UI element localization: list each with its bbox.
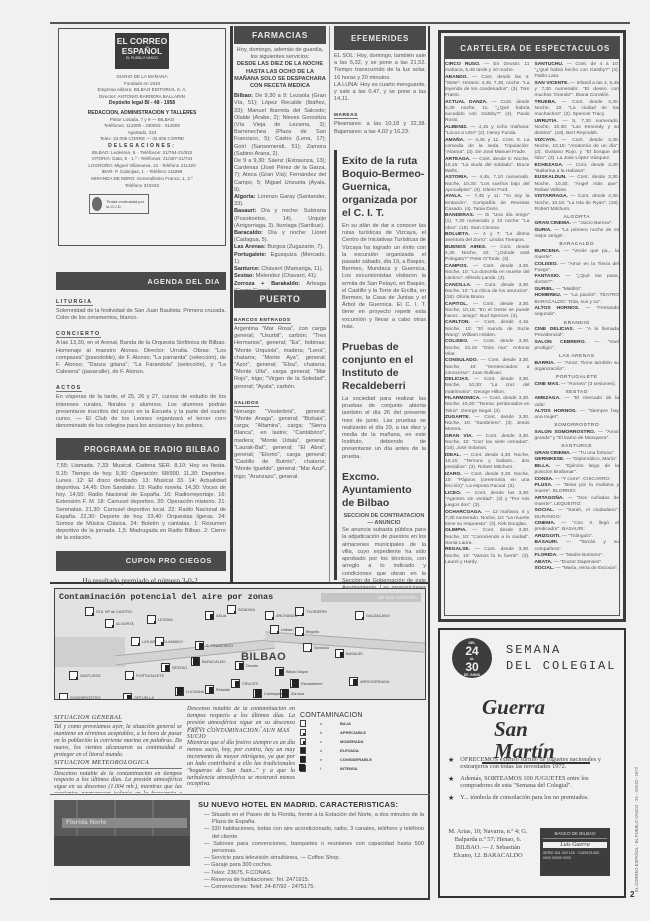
top-rule xyxy=(50,22,630,24)
hotel-feature: — Servicio para televisión simultánea, —… xyxy=(198,855,424,862)
weather-head: PREVI CONTAMINACION: AUN MAS SUCIO xyxy=(187,728,295,740)
agenda-text: En vísperas de la tarde, el 25, 26 y 27,… xyxy=(56,394,226,430)
level-square-icon xyxy=(349,677,358,686)
map-title: Contaminación potencial del aire por zon… xyxy=(59,592,273,602)
delegation: BILBAO: Ledesma, 8. - Teléfonos: 21/764-… xyxy=(59,150,225,157)
level-square-icon xyxy=(195,641,204,650)
ad-title: SEMANA DEL COLEGIAL xyxy=(506,642,616,674)
article-headline: Exito de la ruta Boquio-Bermeo-Guernica,… xyxy=(342,155,426,220)
station-marker: Bilbao Mayor xyxy=(275,667,308,676)
legend-title: CONTAMINACION xyxy=(300,712,420,719)
station-marker: TXORIERRI xyxy=(295,607,327,616)
article-body: En su afán de dar a conocer las rutas tu… xyxy=(342,223,426,331)
company: Empresa editora: BILBAO EDITORIAL S. A. xyxy=(59,87,225,94)
newspaper-page: EL CORREO ESPAÑOL EL PUEBLO VASCO DIARIO… xyxy=(50,22,630,902)
level-square-icon xyxy=(59,693,68,700)
telex: Telex: 32.006 CORRE — 32.005 CORRE xyxy=(59,136,225,143)
hotel-sign: Florida Norte xyxy=(62,818,187,828)
legend-row: aBAJA xyxy=(300,719,420,728)
hotel-ad: SU NUEVO HOTEL EN MADRID. CARACTERISTICA… xyxy=(198,800,424,891)
efemerides-sol: EL SOL: Hoy, domingo, también sale a las… xyxy=(334,53,426,82)
station-marker: LEJONA xyxy=(147,615,173,624)
map-tag: DE SUS CONTROL xyxy=(321,593,421,602)
date-badge: DEL 24 AL 30 DE JUNIO xyxy=(452,638,492,678)
level-square-icon xyxy=(175,687,184,696)
star-icon: ★ xyxy=(448,756,454,771)
farmacias-intro: Hoy, domingo, además de guardia, los sig… xyxy=(234,47,326,61)
brand-logo: Guerra San Martín xyxy=(482,696,590,764)
agenda-subhead: LITURGIA xyxy=(56,299,93,306)
station-marker: LAMIAKO xyxy=(155,637,183,646)
agenda-text: Solemnidad de la festividad de San Juan … xyxy=(56,308,226,322)
hotel-feature: — Reserva de habitaciones: Tel. 2471915. xyxy=(198,877,424,884)
level-square-icon xyxy=(303,643,312,652)
station-marker: ARCHANDA xyxy=(265,611,297,620)
level-square-icon xyxy=(253,689,262,698)
station-marker: PORTUGALETE xyxy=(125,671,164,680)
hotel-feature: — Salones para convenciones, banquetes o… xyxy=(198,841,424,855)
delegation: LOGROÑO: Miguel Villanueva, 12 - Teléfon… xyxy=(59,163,225,170)
apartado: Apartado, 324 xyxy=(59,130,225,137)
store-address: M. Arias, 10; Navarra, n.º 4; G. Balpard… xyxy=(448,828,528,860)
level-square-icon xyxy=(335,649,344,658)
mareas-text: Pleamares: a las 10,18 y 22,38. Bajamare… xyxy=(334,121,426,135)
level-square-icon xyxy=(123,693,132,700)
station-marker: ARRIGORRIAGA xyxy=(349,677,390,686)
article-body: La sociedad para realizar las pruebas de… xyxy=(342,396,426,461)
level-square-icon xyxy=(300,765,306,772)
weather-left: SITUACION GENERAL Tal y como preveíamos … xyxy=(54,706,182,793)
level-square-icon xyxy=(85,607,94,616)
legend-row: bAPRECIABLE xyxy=(300,728,420,737)
station-marker: SESTAO xyxy=(161,663,187,672)
weather-text: Descenso notable de la contaminación en … xyxy=(54,771,182,793)
level-square-icon xyxy=(295,607,304,616)
radio-text: 7,55: Llamada. 7,33: Musical. Cadena SER… xyxy=(56,463,226,542)
agenda-title: AGENDA DEL DIA xyxy=(56,272,226,290)
level-square-icon xyxy=(235,661,244,670)
ad-offer-item: ★Y... tómbola de consolación para los no… xyxy=(448,794,620,802)
cupon-title: CUPON PRO CIEGOS xyxy=(56,551,226,571)
legend-row: cMODERADA xyxy=(300,737,420,746)
level-square-icon xyxy=(290,679,299,688)
legend-row: dELEVADA xyxy=(300,746,420,755)
star-icon: ★ xyxy=(448,794,454,802)
station-marker: ORTUELLA xyxy=(123,693,154,700)
level-square-icon xyxy=(227,605,236,614)
ojd-badge: Tirada controlada por la O.J.D. xyxy=(89,194,149,214)
ad-offer-item: ★OFRECEMOS extenso surtido de juguetes n… xyxy=(448,756,620,771)
station-marker: STA. Mª de CASTRO xyxy=(85,607,132,616)
hotel-feature: — 330 habitaciones, todas con aire acond… xyxy=(198,826,424,840)
station-marker: SANTURCE xyxy=(69,671,101,680)
puerto-section: PUERTO BARCOS ENTRADOS Argentina "Mar Ro… xyxy=(234,290,326,481)
level-square-icon xyxy=(205,611,214,620)
farmacias-title: FARMACIAS xyxy=(234,26,326,44)
ad-offers: ★OFRECEMOS extenso surtido de juguetes n… xyxy=(448,756,620,806)
article-subhead: SECCION DE CONTRATACION — ANUNCIO xyxy=(342,513,426,527)
ad-offer-item: ★Además, SORTEAMOS 100 JUGUETES entre lo… xyxy=(448,775,620,790)
efemerides-title: EFEMERIDES xyxy=(334,26,426,50)
puerto-subhead: SALIDOS xyxy=(234,401,259,407)
legal-deposit: Depósito legal BI - 48 - 1958 xyxy=(59,100,225,107)
star-icon: ★ xyxy=(448,775,454,790)
cupon-result: Ha resultado premiado el número 3-0-2. xyxy=(56,576,226,585)
column-rule xyxy=(428,26,430,898)
level-square-icon xyxy=(205,685,214,694)
level-square-icon xyxy=(300,747,306,754)
masthead: EL CORREO ESPAÑOL EL PUEBLO VASCO DIARIO… xyxy=(58,28,226,246)
hotel-feature: — Convenciones: Telef. 24-87/92 - 247517… xyxy=(198,884,424,891)
founded: Fundado en 1910 xyxy=(59,81,225,88)
level-square-icon xyxy=(300,756,306,763)
pollution-legend: CONTAMINACION aBAJAbAPRECIABLEcMODERADAd… xyxy=(300,712,420,773)
puerto-subhead: BARCOS ENTRADOS xyxy=(234,318,291,324)
weather-text: Tal y como preveíamos ayer, la situación… xyxy=(54,724,182,759)
seal-icon xyxy=(92,197,102,211)
agenda-subhead: ACTOS xyxy=(56,385,82,392)
bank-card: BANCO DE BILBAO Luis Guerra SERIE 841 00… xyxy=(540,828,610,876)
page-number: 2 xyxy=(630,890,634,899)
section-header: REDACCION, ADMINISTRACION Y TALLERES xyxy=(59,110,225,117)
level-square-icon xyxy=(231,679,240,688)
station-marker: Santutxu xyxy=(303,643,329,652)
level-square-icon xyxy=(125,671,134,680)
weather-text-cont: Descenso notable de la contaminación en … xyxy=(187,706,295,728)
article-headline: Pruebas de conjunto en el Instituto de R… xyxy=(342,341,426,393)
address: Pintor Losada, 7 y 9 — BILBAO xyxy=(59,117,225,124)
cartelera-box: CARTELERA DE ESPECTACULOS CIRCO RUSO. — … xyxy=(438,30,626,622)
station-marker: S. FRANCISCO xyxy=(195,641,233,650)
weather-head: SITUACION GENERAL xyxy=(54,714,122,722)
hotel-feature: — Garaje para 300 coches. xyxy=(198,862,424,869)
legend-row: eCONSIDERABLE xyxy=(300,755,420,764)
article-headline: Excmo. Ayuntamiento de Bilbao xyxy=(342,471,426,510)
delegation: Teléfono 310343 xyxy=(59,183,225,190)
hotel-feature: — Situado en el Paseo de la Florida, fre… xyxy=(198,812,424,826)
articles-box: Exito de la ruta Boquio-Bermeo-Guernica,… xyxy=(334,150,426,580)
weather-text: Mientras que el día festivo siempre es u… xyxy=(187,740,295,788)
station-marker: Begoña xyxy=(295,627,319,636)
level-square-icon xyxy=(69,671,78,680)
bottom-rule xyxy=(50,898,430,900)
level-square-icon xyxy=(147,615,156,624)
station-marker: Zorroza xyxy=(280,689,304,698)
delegations-header: DELEGACIONES: xyxy=(59,143,225,150)
station-marker: SOMORROSTRO xyxy=(59,693,101,700)
level-square-icon xyxy=(300,720,306,727)
farmacias-notice: DESDE LAS DIEZ DE LA NOCHE HASTA LAS OCH… xyxy=(234,61,326,90)
phones: Teléfonos: 112000 - 330003 - 314000 xyxy=(59,123,225,130)
column-rule xyxy=(329,26,330,582)
station-marker: BARACALDO xyxy=(191,657,225,666)
sea-area xyxy=(55,637,125,667)
level-square-icon xyxy=(270,625,279,634)
legend-row: fINTENSA xyxy=(300,764,420,773)
level-square-icon xyxy=(300,729,306,736)
subtitle: DIARIO DE LA MAÑANA xyxy=(59,74,225,81)
delegation: VITORIA: Dato, 5 - 1.º - Teléfonos: 21/4… xyxy=(59,156,225,163)
station-marker: Recaldeberri xyxy=(290,679,323,688)
station-marker: ASUA xyxy=(205,611,226,620)
agenda-text: A las 13,30, en el Arenal, Banda de la O… xyxy=(56,340,226,376)
delegation: MIRANDA DE EBRO: Generalísimo Franco, 1,… xyxy=(59,176,225,183)
station-marker: CRUCES xyxy=(231,679,258,688)
director: Director: ANTONIO BARRERA BALLARIN xyxy=(59,94,225,101)
puerto-title: PUERTO xyxy=(234,290,326,308)
farmacias-section: FARMACIAS Hoy, domingo, además de guardi… xyxy=(234,26,326,295)
level-square-icon xyxy=(105,619,114,628)
station-marker: LUCHANA xyxy=(175,687,204,696)
efemerides-section: EFEMERIDES EL SOL: Hoy, domingo, también… xyxy=(334,26,426,136)
station-marker: SONDIKA xyxy=(227,605,255,614)
delegation: IBAR: P. Calonjias, 1. - Teléfono 111896 xyxy=(59,169,225,176)
level-square-icon xyxy=(155,637,164,646)
level-square-icon xyxy=(265,611,274,620)
hotel-ad-title: SU NUEVO HOTEL EN MADRID. CARACTERISTICA… xyxy=(198,800,424,809)
agenda-section: AGENDA DEL DIA LITURGIA Solemnidad de la… xyxy=(56,272,226,585)
hotel-photo: Florida Norte xyxy=(54,800,190,866)
logo: EL CORREO ESPAÑOL EL PUEBLO VASCO xyxy=(115,33,169,69)
station-marker: BASAURI xyxy=(335,649,363,658)
colegial-ad: DEL 24 AL 30 DE JUNIO SEMANA DEL COLEGIA… xyxy=(438,628,626,898)
puerto-entradas: Argentina "Mar Rosa", con carga general;… xyxy=(234,326,326,391)
side-caption: EL CORREO ESPAÑOL - EL PUEBLO VASCO · 24… xyxy=(634,722,642,892)
station-marker: Castrejana xyxy=(253,689,282,698)
hotel-feature: — Telex: 23675, F.CONAS. xyxy=(198,870,424,877)
level-square-icon xyxy=(300,738,306,745)
agenda-subhead: CONCIERTO xyxy=(56,331,101,338)
station-marker: Uribarri xyxy=(270,625,293,634)
level-square-icon xyxy=(295,627,304,636)
divider xyxy=(50,794,430,795)
pollution-map: Contaminación potencial del aire por zon… xyxy=(54,588,426,700)
radio-title: PROGRAMA DE RADIO BILBAO xyxy=(56,438,226,460)
level-square-icon xyxy=(191,657,200,666)
station-marker: GALDACANO xyxy=(355,611,390,620)
weather-middle: Descenso notable de la contaminación en … xyxy=(187,706,295,788)
puerto-salidos: Noruego "Vesterbris", general; "Monte An… xyxy=(234,409,326,481)
mareas-head: MAREAS xyxy=(334,113,358,119)
station-marker: Deusto xyxy=(235,661,258,670)
station-marker: ALGORTA xyxy=(105,619,134,628)
station-marker: Rekalde xyxy=(205,685,230,694)
weather-head: SITUACION METEOROLOGICA xyxy=(54,759,182,766)
column-rule xyxy=(230,26,233,582)
level-square-icon xyxy=(131,637,140,646)
efemerides-luna: LA LUNA: Hoy es cuarto menguante, y sale… xyxy=(334,82,426,104)
level-square-icon xyxy=(355,611,364,620)
level-square-icon xyxy=(275,667,284,676)
